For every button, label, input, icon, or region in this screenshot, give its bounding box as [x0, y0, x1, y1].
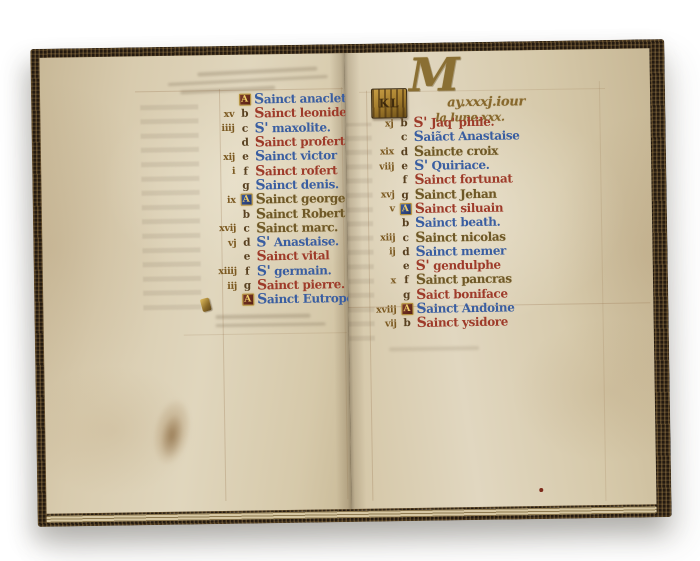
show-through-text-bottom: [215, 308, 330, 332]
dominical-letter: f: [399, 274, 414, 286]
dominical-letter: d: [238, 137, 253, 149]
kl-monogram: KL: [371, 88, 407, 119]
show-through-margin: [140, 97, 201, 310]
wormhole-dot: [539, 488, 543, 492]
dominical-letter: e: [399, 260, 414, 272]
dominical-letter: g: [238, 179, 253, 191]
golden-number: vj: [208, 237, 239, 248]
golden-number: xvj: [367, 189, 398, 200]
golden-number: xv: [206, 109, 237, 120]
dominical-letter: e: [238, 151, 253, 163]
gold-dominical-letter: A: [399, 203, 411, 215]
dominical-letter: d: [398, 246, 413, 258]
gold-dominical-letter: A: [240, 194, 252, 206]
dominical-letter: b: [239, 208, 254, 220]
ruling-line: [184, 332, 347, 336]
dominical-letter: c: [239, 222, 254, 234]
golden-number: iiij: [206, 123, 237, 134]
dominical-letter: e: [397, 160, 412, 172]
ruling-line: [599, 81, 607, 501]
dominical-letter: e: [239, 251, 254, 263]
month-initial: M: [408, 51, 458, 98]
golden-number: xvij: [208, 223, 239, 234]
dominical-letter: g: [398, 189, 413, 201]
dominical-letter: c: [398, 232, 413, 244]
dominical-letter: f: [238, 165, 253, 177]
dominical-letter: b: [237, 108, 252, 120]
golden-number: vij: [369, 318, 400, 329]
dominical-letter: d: [397, 146, 412, 158]
golden-number: xviij: [368, 304, 399, 315]
dominical-letter: f: [397, 174, 412, 186]
manuscript-book: ASainct anaclet.xvbSainct leonideiiijcS'…: [30, 39, 671, 527]
dominical-letter: b: [400, 317, 415, 329]
dominical-letter: c: [397, 131, 412, 143]
calendar-rows-right: xjbS' Jaq' phile.cSaiãct AnastaisexixdSa…: [365, 114, 522, 331]
open-pages: ASainct anaclet.xvbSainct leonideiiijcS'…: [39, 48, 656, 514]
dominical-letter: b: [398, 217, 413, 229]
dominical-letter: f: [240, 265, 255, 277]
parchment-stain: [136, 390, 202, 497]
feast-name: Sainct Eutrope: [257, 290, 351, 308]
dominical-letter: g: [399, 289, 414, 301]
dominical-letter: d: [239, 237, 254, 249]
gold-dominical-letter: A: [401, 303, 413, 315]
month-title: ay.xxxj.iour: [447, 94, 525, 110]
gold-dominical-letter: A: [239, 94, 251, 106]
calendar-row: vijbSainct ysidore: [369, 314, 523, 331]
show-through-text-bottom: [389, 341, 509, 356]
dominical-letter: b: [396, 117, 411, 129]
golden-number: xiij: [367, 232, 398, 243]
golden-number: viij: [366, 161, 397, 172]
golden-number: v: [367, 204, 398, 215]
dominical-letter: c: [237, 122, 252, 134]
calendar-row: ASainct Eutrope: [209, 291, 351, 308]
golden-number: xiiij: [209, 266, 240, 277]
left-page: ASainct anaclet.xvbSainct leonideiiijcS'…: [39, 53, 351, 514]
golden-number: xij: [207, 152, 238, 163]
photo-background: { "colors": { "ink_red": "#9e3b2a", "ink…: [0, 0, 700, 561]
golden-number: xj: [365, 118, 396, 129]
gold-dominical-letter: A: [242, 294, 254, 306]
golden-number: x: [368, 275, 399, 286]
golden-number: ix: [208, 194, 239, 205]
golden-number: ij: [367, 247, 398, 258]
calendar-rows-left: ASainct anaclet.xvbSainct leonideiiijcS'…: [206, 91, 352, 308]
right-page: KL M ay.xxxj.iour la lune.xxx. xjbS' Jaq…: [344, 48, 656, 509]
feast-name: Sainct ysidore: [417, 314, 509, 331]
dominical-letter: g: [240, 280, 255, 292]
golden-number: i: [207, 166, 238, 177]
golden-number: xix: [366, 146, 397, 157]
golden-number: iij: [209, 280, 240, 291]
